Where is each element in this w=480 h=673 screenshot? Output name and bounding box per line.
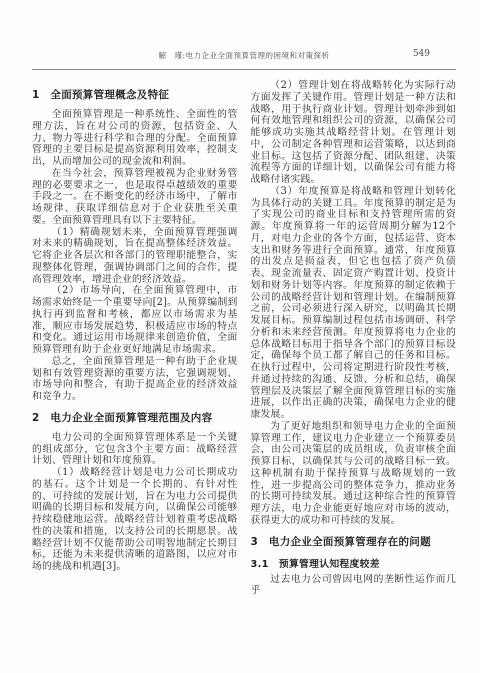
paragraph: （2）管理计划在将战略转化为实际行动方面发挥了关键作用。管理计划是一种方法和战略… <box>251 80 457 186</box>
running-head-title: 解 瑾:电力企业全面预算管理的困境和对策探析 <box>32 50 456 61</box>
section-2-heading: 2 电力企业全面预算管理范围及内容 <box>32 410 238 425</box>
paragraph: （1）精确规划未来，全面预算管理强调对未来的精确规划，旨在提高整体经济效益。它将… <box>32 227 238 286</box>
paragraph: 为了更好地组织和领导电力企业的全面预算管理工作，建议电力企业建立一个预算委员会，… <box>251 421 457 527</box>
section-3-heading: 3 电力企业全面预算管理存在的问题 <box>251 534 457 549</box>
paragraph: （1）战略经营计划是电力公司长期成功的基石。这个计划是一个长期的、有针对性的、可… <box>32 467 238 573</box>
section-1-heading: 1 全面预算管理概念及特征 <box>32 87 238 102</box>
paragraph: 电力公司的全面预算管理体系是一个关键的组成部分，它包含3个主要方面：战略经营计划… <box>32 432 238 467</box>
paragraph: （3）年度预算是将战略和管理计划转化为具体行动的关键工具。年度预算的制定是为了实… <box>251 186 457 421</box>
journal-page: 解 瑾:电力企业全面预算管理的困境和对策探析 549 1 全面预算管理概念及特征… <box>0 0 480 673</box>
section-3-1-heading: 3.1 预算管理认知程度较差 <box>251 556 457 570</box>
paragraph: 过去电力公司曾因电网的垄断性运作而几乎 <box>251 574 457 598</box>
content-columns: 1 全面预算管理概念及特征 全面预算管理是一种系统性、全面性的管理方法，旨在对公… <box>32 80 456 597</box>
paragraph: 总之，全面预算管理是一种有助于企业规划和有效管理资源的重要方法，它强调规划、市场… <box>32 356 238 403</box>
left-column: 1 全面预算管理概念及特征 全面预算管理是一种系统性、全面性的管理方法，旨在对公… <box>32 80 238 597</box>
paragraph: 全面预算管理是一种系统性、全面性的管理方法，旨在对公司的资源，包括资金、人力、物… <box>32 109 238 168</box>
running-head: 解 瑾:电力企业全面预算管理的困境和对策探析 549 <box>32 50 456 62</box>
page-number: 549 <box>413 49 430 59</box>
paragraph: （2）市场导向，在全面预算管理中，市场需求始终是一个重要导向[2]。从预算编制到… <box>32 285 238 356</box>
right-column: （2）管理计划在将战略转化为实际行动方面发挥了关键作用。管理计划是一种方法和战略… <box>251 80 457 597</box>
paragraph: 在当今社会，预算管理被视为企业财务管理的必要要求之一，也是取得卓越绩效的重要手段… <box>32 168 238 227</box>
header-divider <box>32 69 456 70</box>
